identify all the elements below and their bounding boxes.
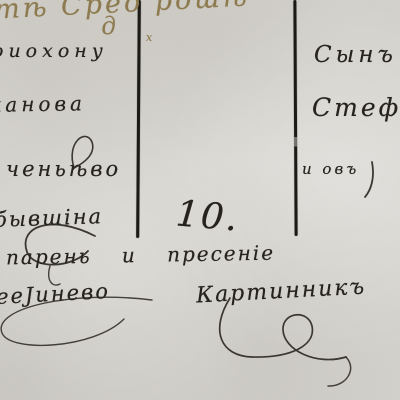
signature-right-tail — [328, 357, 351, 386]
manuscript-scan: тѣ Срео рошѣ д х оиохону ханова ченьѣво … — [0, 0, 400, 400]
signature-right-spiral — [220, 298, 346, 360]
flourish-c-curve — [26, 225, 95, 265]
ascender-loop — [72, 136, 93, 168]
descender-stroke — [365, 162, 373, 197]
signature-left-swirl — [1, 297, 152, 345]
body-descender — [49, 266, 60, 285]
pen-flourishes — [0, 0, 400, 400]
